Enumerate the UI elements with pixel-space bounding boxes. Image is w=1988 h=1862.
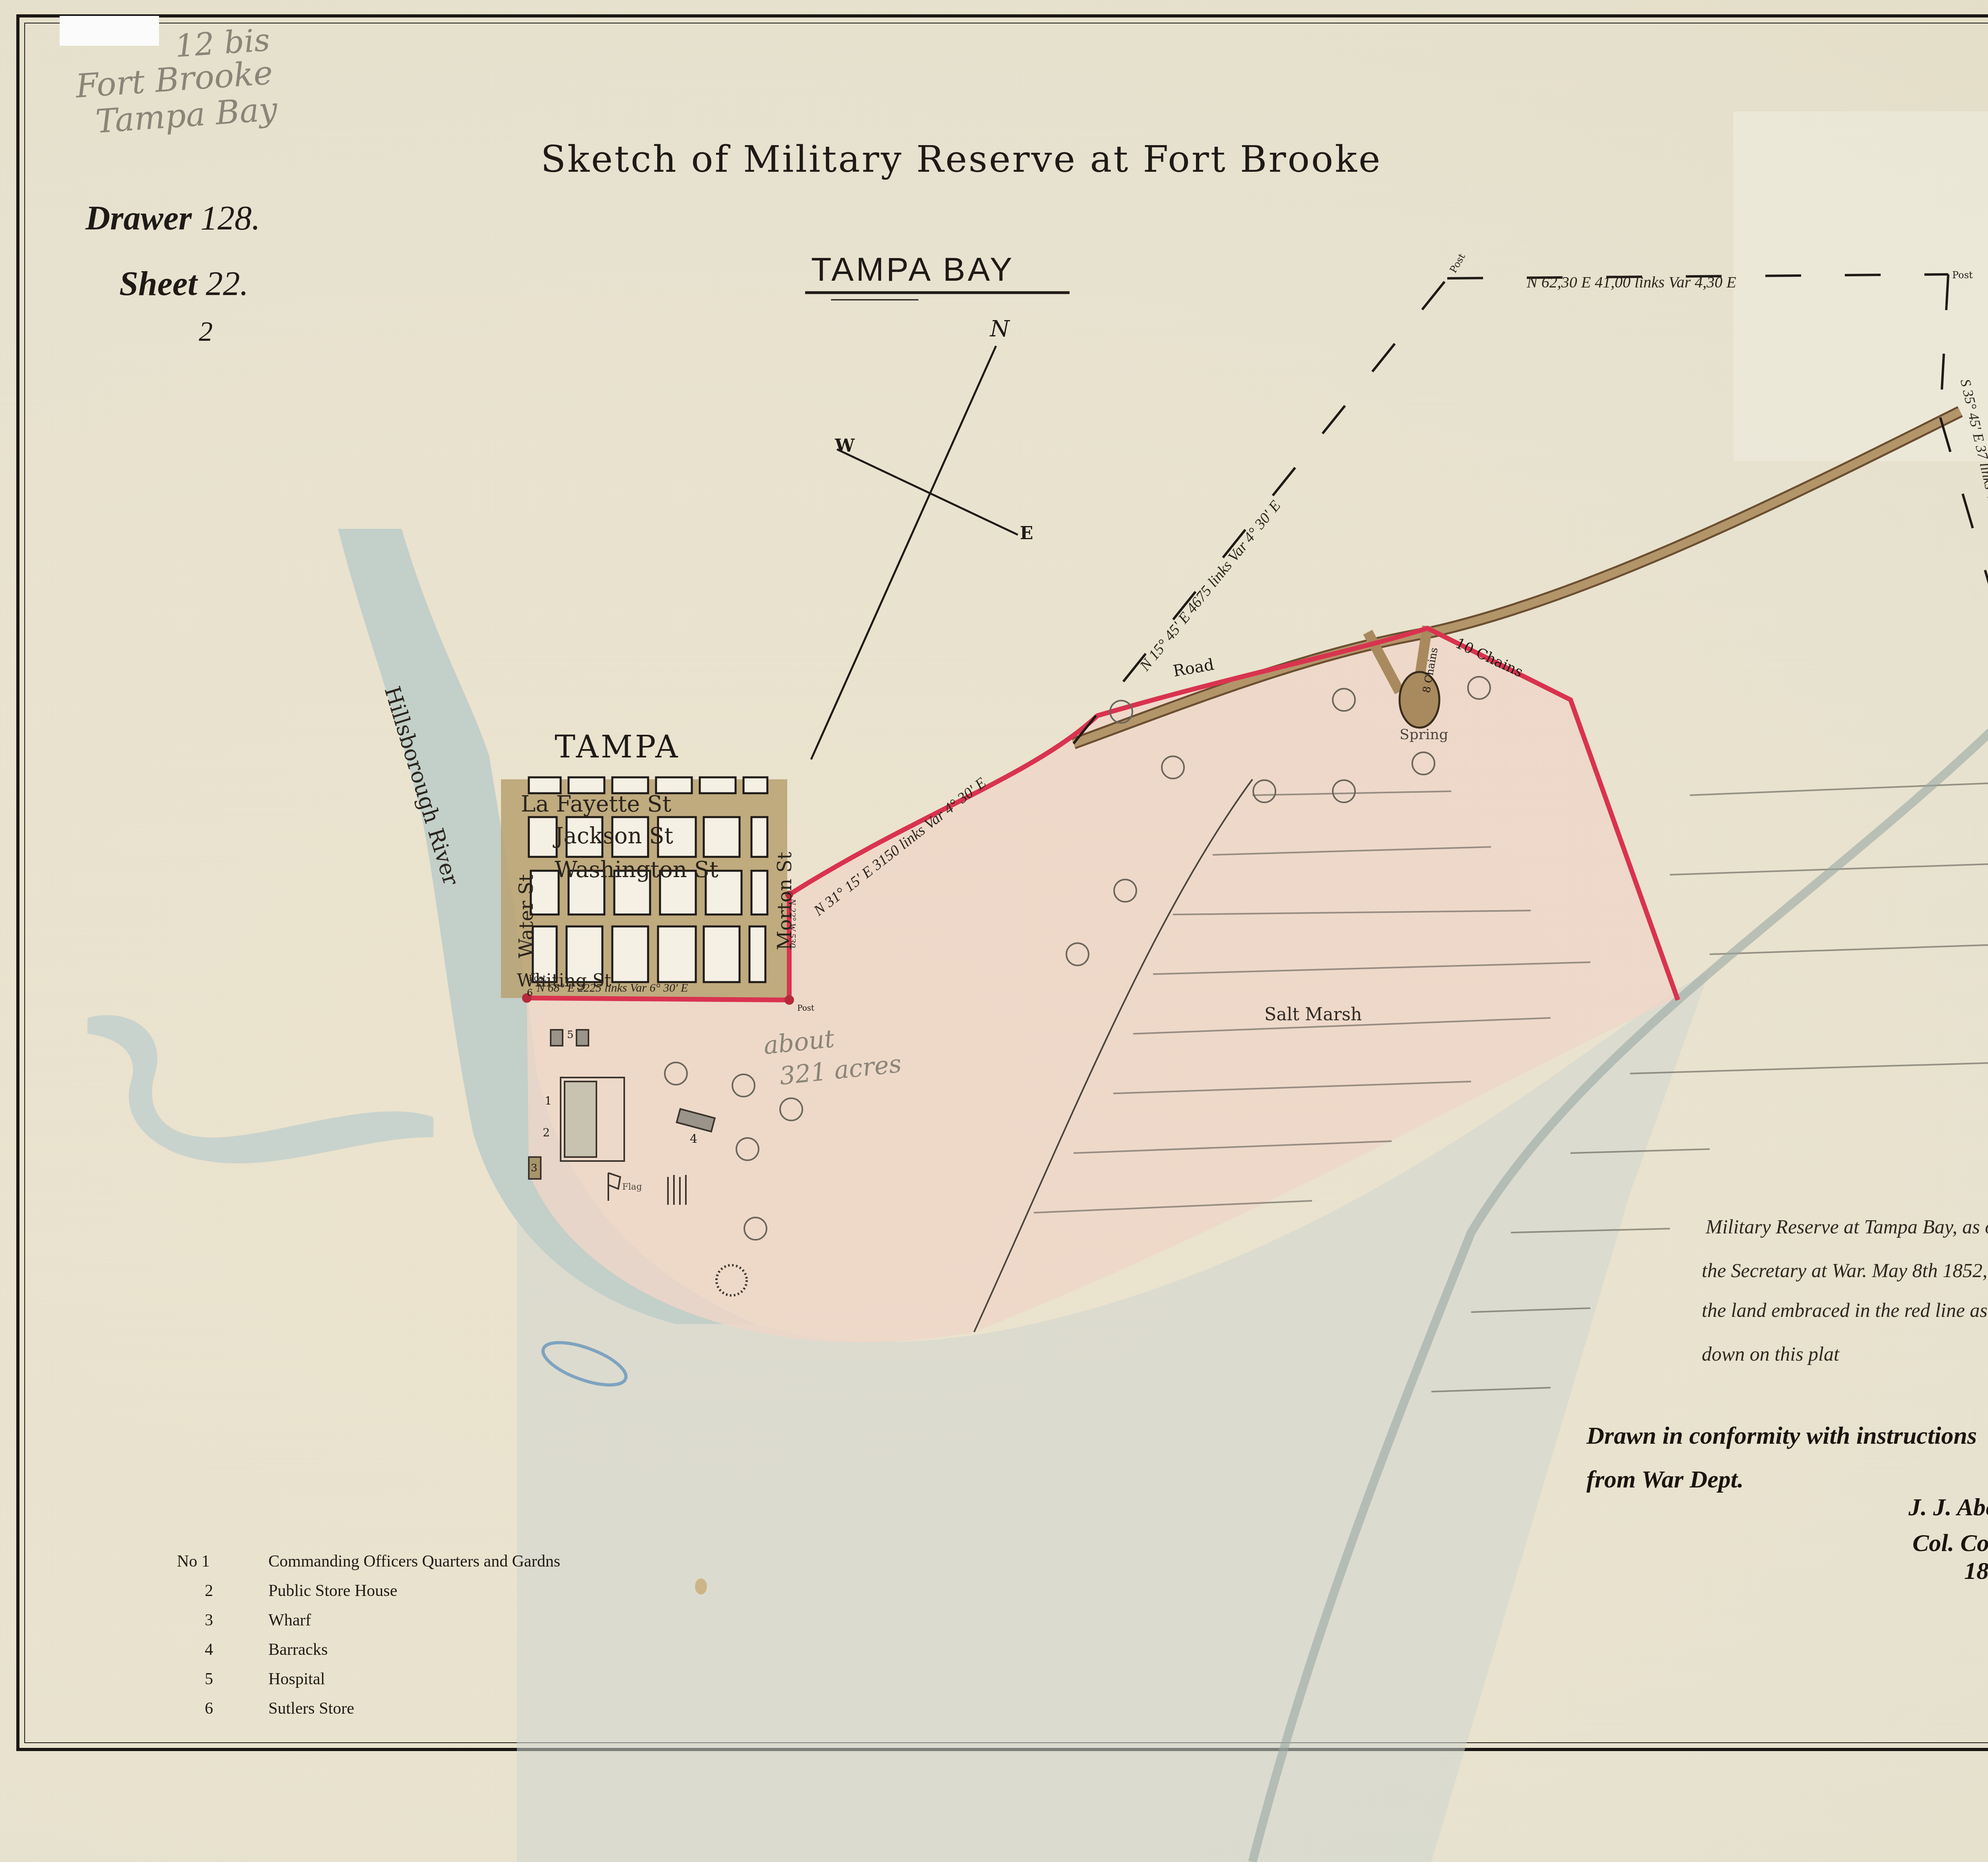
compass-west: W	[835, 437, 854, 455]
survey-top: N 62,30 E 41,00 links Var 4,30 E	[1527, 274, 1736, 290]
survey-morton: N 22° W 530	[788, 899, 797, 948]
flag-label: Flag	[622, 1183, 642, 1192]
order-note-line: down on this plat	[1702, 1344, 1839, 1364]
legend-item: 3Wharf	[177, 1606, 560, 1635]
post-label: Post	[797, 1004, 814, 1012]
signature-date: 18 May 1852	[1964, 1559, 1988, 1583]
creek	[87, 1015, 433, 1163]
survey-south: N 68° E 2225 links Var 6° 30' E	[537, 982, 688, 994]
legend-item: 5Hospital	[177, 1664, 560, 1694]
drawn-note-line: Drawn in conformity with instructions	[1586, 1423, 1977, 1448]
tampa-bay-label: TAMPA BAY	[811, 252, 1014, 286]
drawn-note-line: from War Dept.	[1586, 1467, 1744, 1492]
salt-marsh-label: Salt Marsh	[1264, 1006, 1362, 1023]
item-number: 2	[199, 318, 213, 346]
order-note-line: Military Reserve at Tampa Bay, as ordere…	[1706, 1217, 1988, 1237]
map-title: Sketch of Military Reserve at Fort Brook…	[541, 141, 1382, 178]
compass-rose	[811, 346, 1018, 759]
street-jackson: Jackson St	[555, 825, 673, 847]
legend-item: 4Barracks	[177, 1635, 560, 1664]
signature-title: Col. Corps T.E.	[1912, 1531, 1988, 1555]
paper-patch	[1734, 111, 1988, 461]
compass-east: E	[1020, 525, 1033, 542]
acreage-note-1: about	[762, 1026, 835, 1058]
paper-tear	[60, 16, 159, 46]
spring-label: Spring	[1400, 728, 1448, 742]
legend-item: No 1Commanding Officers Quarters and Gar…	[177, 1547, 560, 1576]
building-5: 5	[567, 1030, 574, 1040]
legend: No 1Commanding Officers Quarters and Gar…	[177, 1547, 560, 1723]
compass-north: N	[990, 318, 1010, 340]
order-note-line: the Secretary at War. May 8th 1852, incl…	[1702, 1260, 1988, 1280]
building-3: 3	[531, 1163, 538, 1173]
sheet-stamp: Sheet 22.	[119, 266, 248, 301]
street-washington: Washington St	[555, 859, 718, 881]
legend-item: 6Sutlers Store	[177, 1694, 560, 1723]
signature-name: J. J. Abert	[1908, 1495, 1988, 1520]
post-label: Post	[1952, 270, 1973, 280]
legend-item: 2Public Store House	[177, 1576, 560, 1606]
building-6: 6	[527, 988, 533, 998]
street-lafayette: La Fayette St	[521, 793, 671, 815]
post-label: Post	[529, 974, 546, 982]
drawer-stamp: Drawer 128.	[85, 201, 260, 235]
tampa-label: TAMPA	[555, 732, 680, 763]
street-water: Water St	[517, 874, 536, 958]
order-note-line: the land embraced in the red line as lai…	[1702, 1300, 1988, 1320]
building-1: 1	[545, 1095, 552, 1107]
building-2: 2	[543, 1127, 550, 1138]
building-4: 4	[690, 1133, 697, 1145]
